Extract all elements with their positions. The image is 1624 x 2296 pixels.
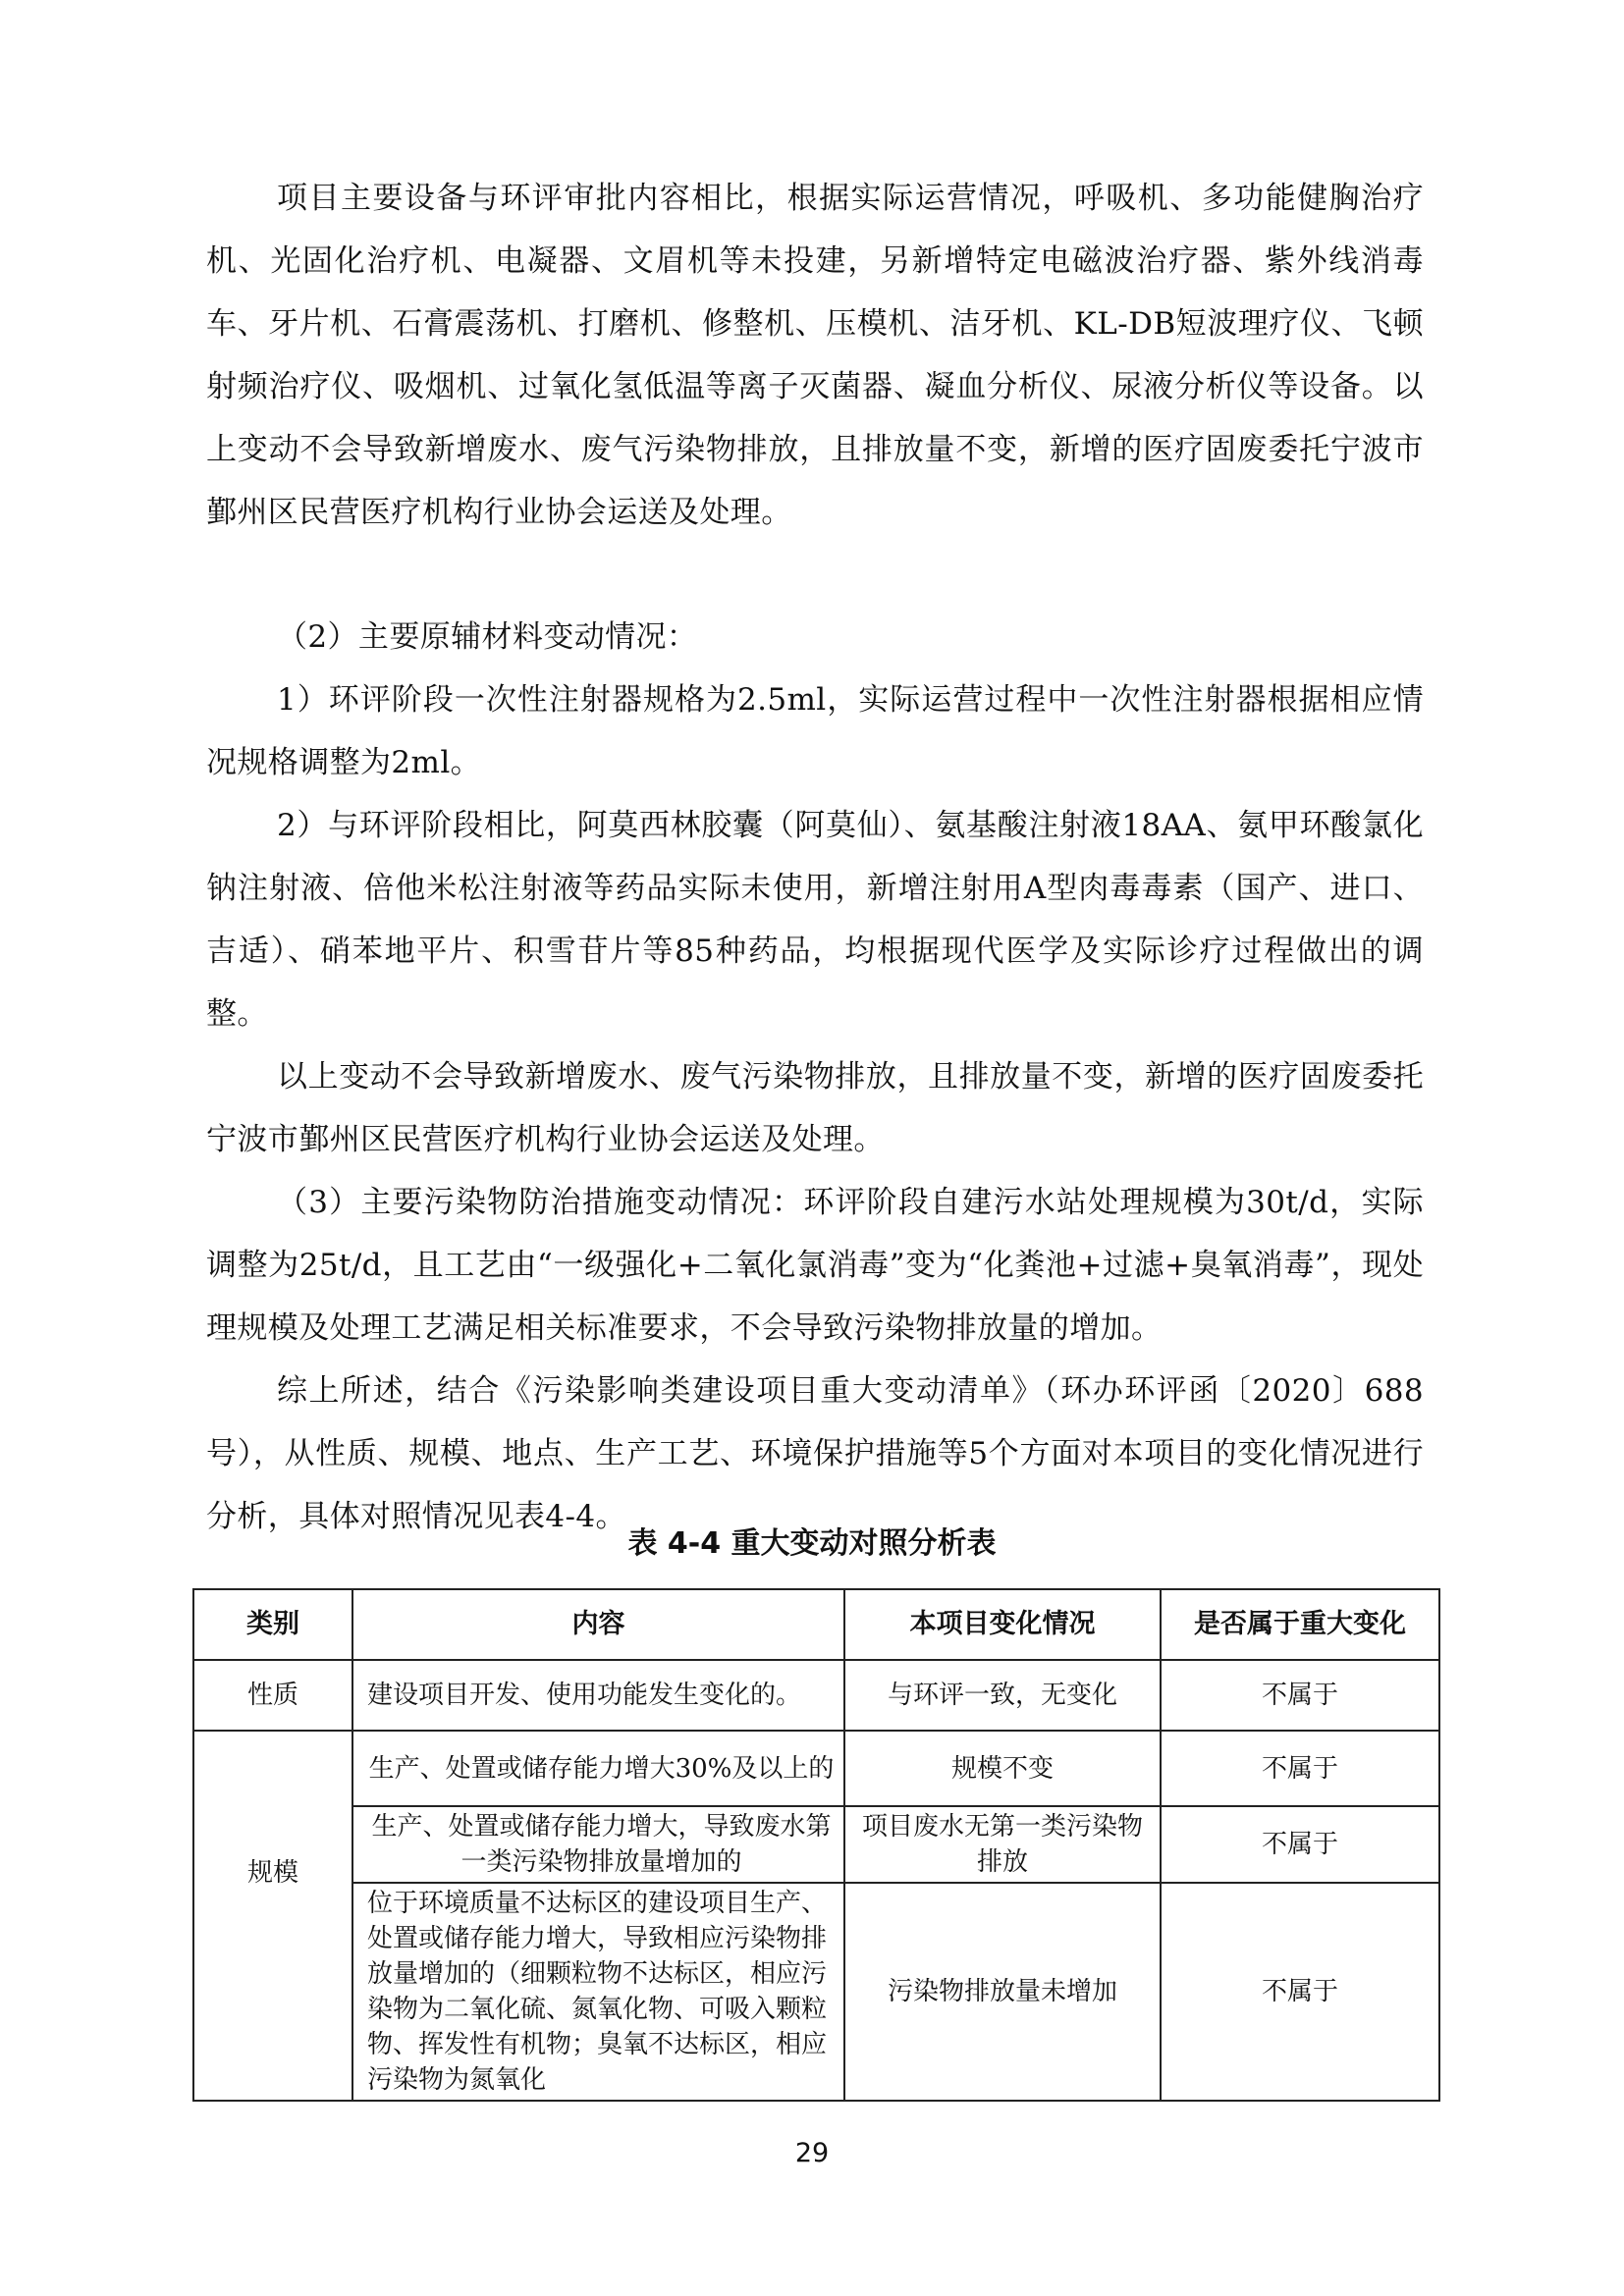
table-row: 规模 生产、处置或储存能力增大30%及以上的 规模不变 不属于 [193,1731,1439,1806]
page-number: 29 [0,2138,1624,2168]
cell-change: 项目废水无第一类污染物排放 [844,1806,1161,1883]
table-header-row: 类别 内容 本项目变化情况 是否属于重大变化 [193,1589,1439,1660]
cell-content: 生产、处置或储存能力增大30%及以上的 [352,1731,844,1806]
major-change-analysis-table: 类别 内容 本项目变化情况 是否属于重大变化 性质 建设项目开发、使用功能发生变… [192,1588,1440,2102]
paragraph-syringe-change: 1）环评阶段一次性注射器规格为2.5ml，实际运营过程中一次性注射器根据相应情况… [206,668,1424,794]
table-row: 性质 建设项目开发、使用功能发生变化的。 与环评一致，无变化 不属于 [193,1660,1439,1731]
paragraph-heading-raw-materials: （2）主要原辅材料变动情况： [206,606,1424,668]
table-caption: 表 4-4 重大变动对照分析表 [0,1519,1624,1562]
cell-category: 规模 [193,1731,352,2101]
cell-content: 位于环境质量不达标区的建设项目生产、处置或储存能力增大，导致相应污染物排放量增加… [352,1883,844,2101]
cell-major: 不属于 [1161,1883,1439,2101]
cell-major: 不属于 [1161,1806,1439,1883]
cell-major: 不属于 [1161,1731,1439,1806]
header-content: 内容 [352,1589,844,1660]
cell-content: 建设项目开发、使用功能发生变化的。 [352,1660,844,1731]
paragraph-drug-changes: 2）与环评阶段相比，阿莫西林胶囊（阿莫仙）、氨基酸注射液18AA、氨甲环酸氯化钠… [206,794,1424,1045]
paragraph-pollution-control-changes: （3）主要污染物防治措施变动情况：环评阶段自建污水站处理规模为30t/d，实际调… [206,1171,1424,1360]
table-row: 位于环境质量不达标区的建设项目生产、处置或储存能力增大，导致相应污染物排放量增加… [193,1883,1439,2101]
paragraph-equipment-changes: 项目主要设备与环评审批内容相比，根据实际运营情况，呼吸机、多功能健胸治疗机、光固… [206,167,1424,544]
document-page: 项目主要设备与环评审批内容相比，根据实际运营情况，呼吸机、多功能健胸治疗机、光固… [0,0,1624,2296]
cell-change: 污染物排放量未增加 [844,1883,1161,2101]
cell-major: 不属于 [1161,1660,1439,1731]
cell-category: 性质 [193,1660,352,1731]
cell-content: 生产、处置或储存能力增大，导致废水第一类污染物排放量增加的 [352,1806,844,1883]
cell-change: 与环评一致，无变化 [844,1660,1161,1731]
header-is-major-change: 是否属于重大变化 [1161,1589,1439,1660]
header-project-change: 本项目变化情况 [844,1589,1161,1660]
header-category: 类别 [193,1589,352,1660]
cell-change: 规模不变 [844,1731,1161,1806]
paragraph-waste-conclusion: 以上变动不会导致新增废水、废气污染物排放，且排放量不变，新增的医疗固废委托宁波市… [206,1045,1424,1171]
table-row: 生产、处置或储存能力增大，导致废水第一类污染物排放量增加的 项目废水无第一类污染… [193,1806,1439,1883]
